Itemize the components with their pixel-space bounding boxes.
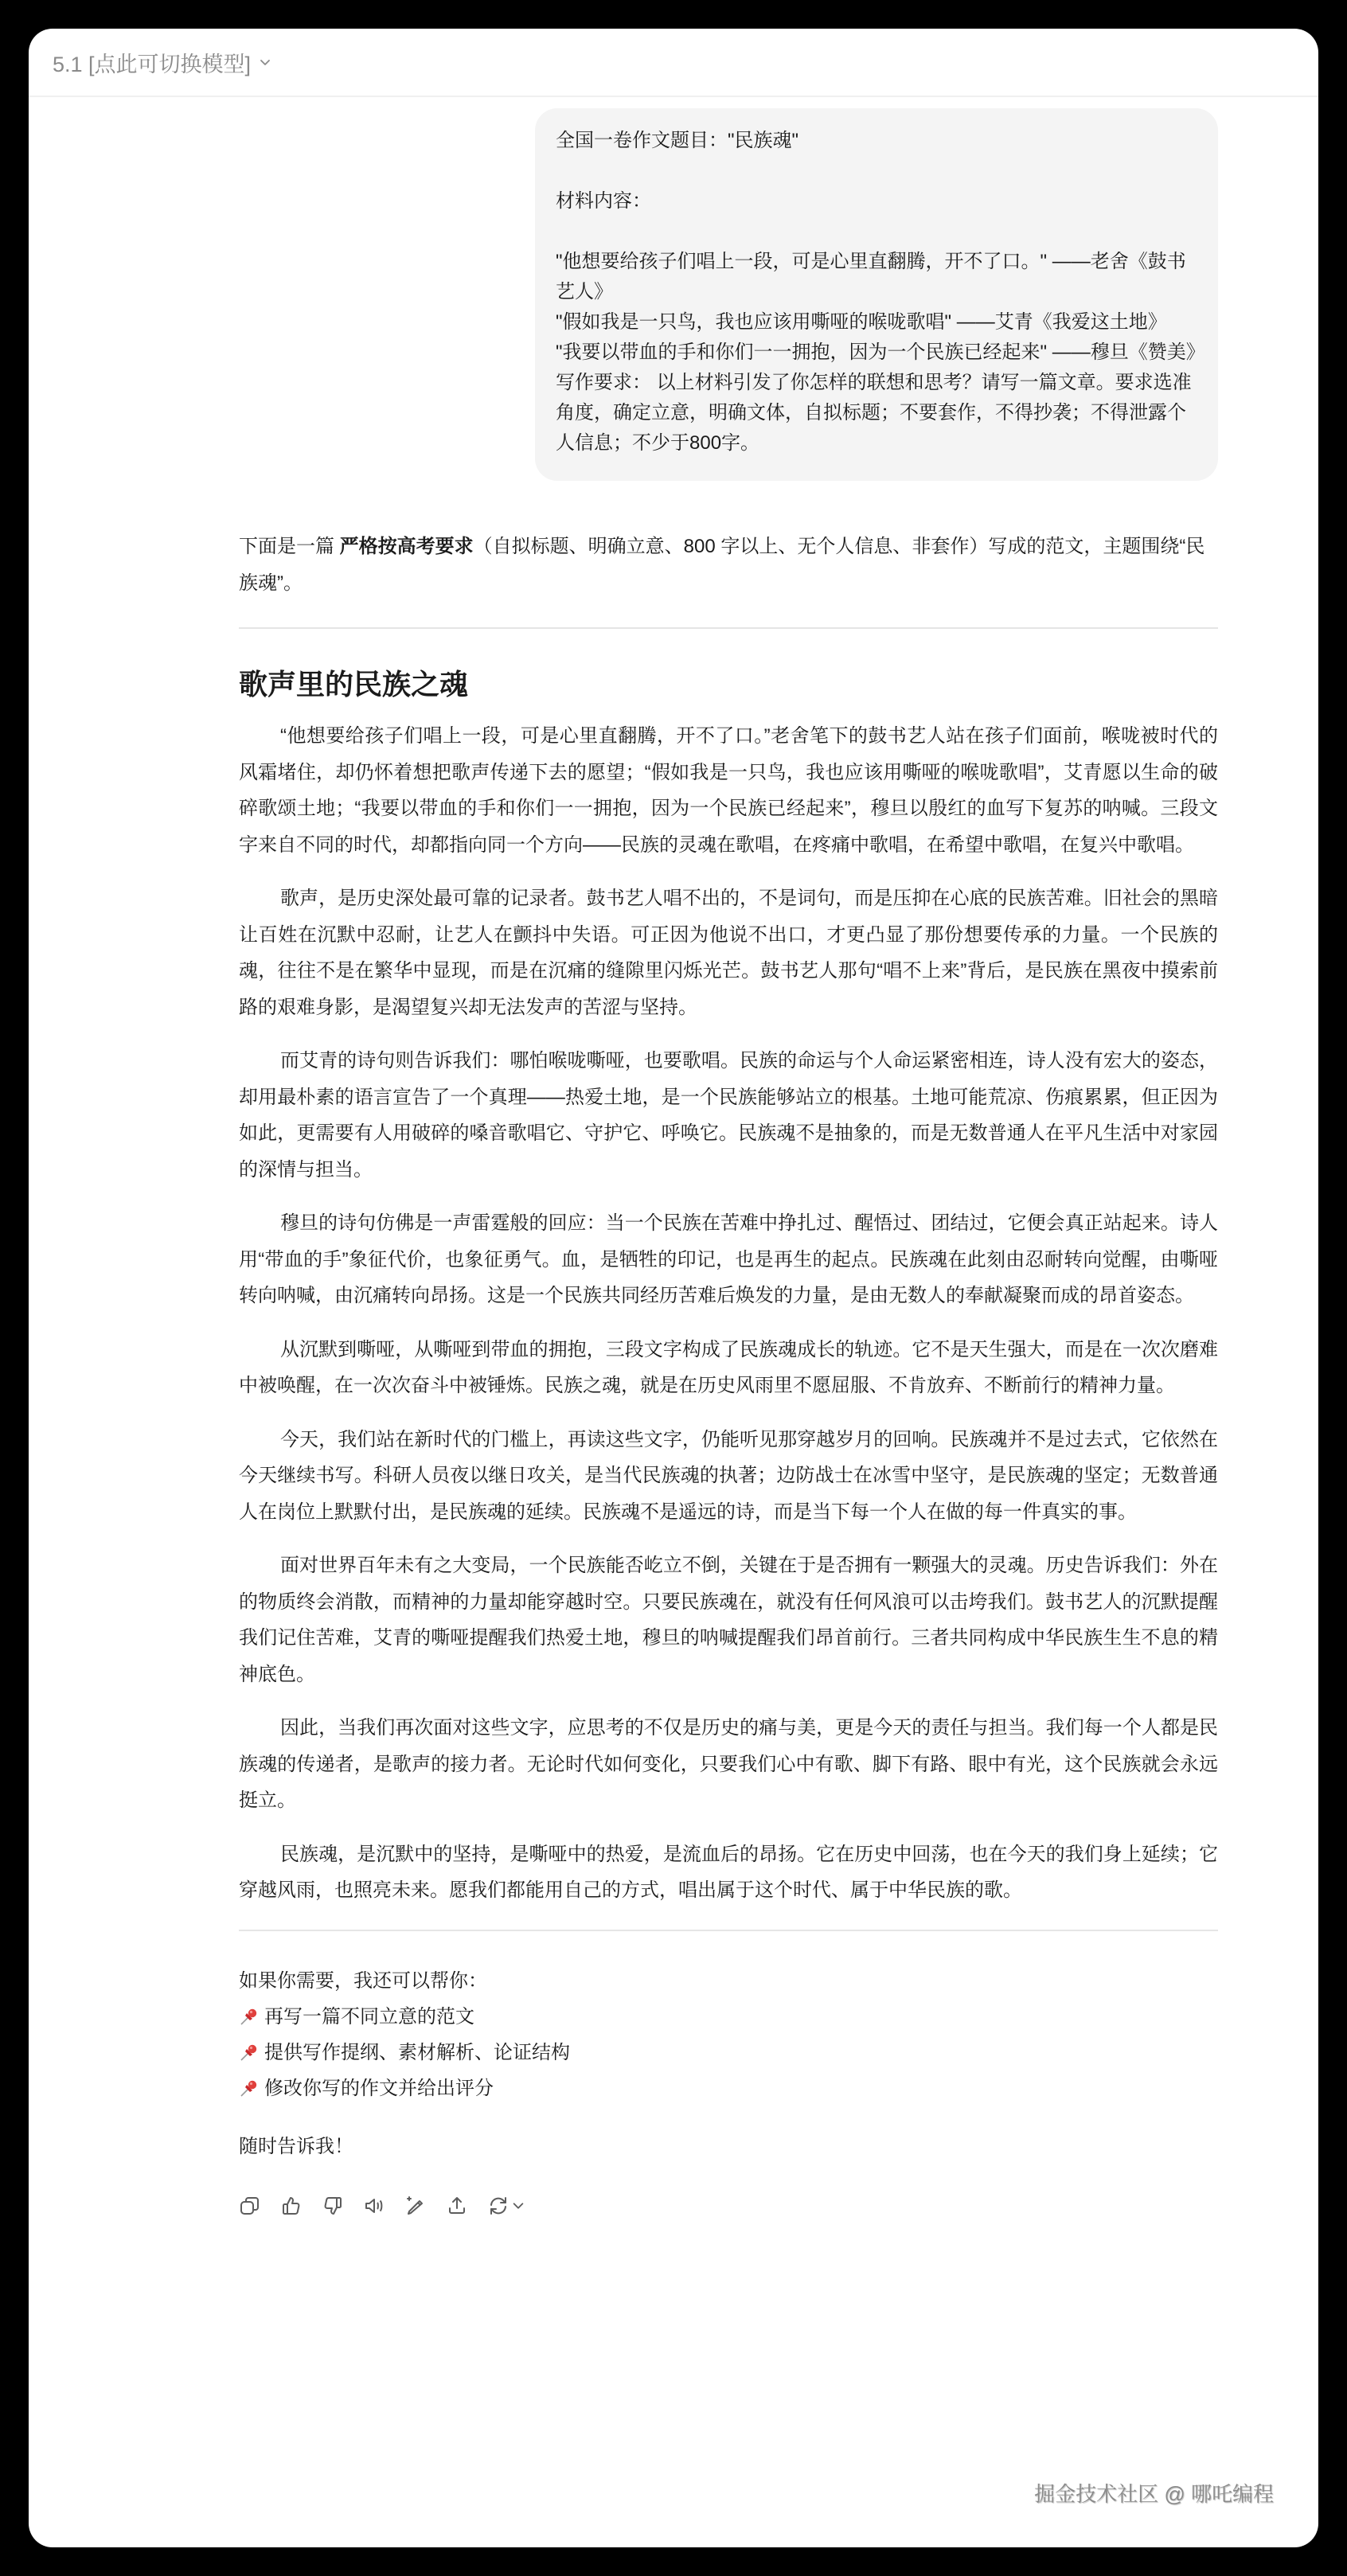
intro-bold: 严格按高考要求: [340, 536, 474, 557]
watermark: 掘金技术社区 @ 哪吒编程: [1034, 2478, 1274, 2508]
pushpin-icon: [239, 2006, 260, 2027]
thumbs-up-button[interactable]: [280, 2195, 303, 2217]
pencil-sparkle-icon: [404, 2195, 427, 2217]
follow-up-label: 提供写作提纲、素材解析、论证结构: [264, 2035, 570, 2071]
chevron-down-icon: [257, 54, 273, 70]
thumbs-down-icon: [322, 2195, 344, 2217]
essay-paragraph: “他想要给孩子们唱上一段，可是心里直翻腾，开不了口。”老舍笔下的鼓书艺人站在孩子…: [239, 718, 1218, 863]
divider: [239, 1930, 1218, 1931]
essay-paragraph: 从沉默到嘶哑，从嘶哑到带血的拥抱，三段文字构成了民族魂成长的轨迹。它不是天生强大…: [239, 1332, 1218, 1404]
chat-header: 5.1 [点此可切换模型]: [29, 29, 1318, 97]
share-icon: [446, 2195, 468, 2217]
follow-up-item: 提供写作提纲、素材解析、论证结构: [239, 2035, 1218, 2071]
copy-button[interactable]: [239, 2195, 261, 2217]
closing-text: 随时告诉我！: [239, 2129, 1218, 2164]
follow-up-item: 修改你写的作文并给出评分: [239, 2071, 1218, 2106]
follow-up-label: 再写一篇不同立意的范文: [264, 1999, 474, 2035]
intro-prefix: 下面是一篇: [239, 536, 340, 557]
user-message-line: 材料内容：: [556, 186, 1197, 217]
pushpin-icon: [239, 2078, 260, 2098]
edit-button[interactable]: [404, 2195, 427, 2217]
refresh-icon: [487, 2195, 510, 2217]
follow-up-item: 再写一篇不同立意的范文: [239, 1999, 1218, 2035]
message-actions: [239, 2195, 1218, 2217]
user-message-line: 写作要求： 以上材料引发了你怎样的联想和思考？请写一篇文章。要求选准角度，确定立…: [556, 368, 1197, 459]
model-switcher[interactable]: 5.1 [点此可切换模型]: [53, 47, 273, 78]
pushpin-icon: [239, 2042, 260, 2063]
regenerate-button[interactable]: [487, 2195, 525, 2217]
model-label: 5.1 [点此可切换模型]: [53, 47, 251, 78]
thumbs-down-button[interactable]: [322, 2195, 344, 2217]
follow-up-offers: 如果你需要，我还可以帮你： 再写一篇不同立意的范文 提供写作提纲、素材解析、论证…: [239, 1963, 1218, 2106]
read-aloud-button[interactable]: [363, 2195, 385, 2217]
chevron-down-icon: [511, 2199, 525, 2213]
user-message-line: "我要以带血的手和你们一一拥抱，因为一个民族已经起来" ——穆旦《赞美》: [556, 338, 1197, 368]
essay-paragraph: 歌声，是历史深处最可靠的记录者。鼓书艺人唱不出的，不是词句，而是压抑在心底的民族…: [239, 880, 1218, 1025]
essay-paragraph: 因此，当我们再次面对这些文字，应思考的不仅是历史的痛与美，更是今天的责任与担当。…: [239, 1710, 1218, 1819]
user-message-line: 全国一卷作文题目："民族魂": [556, 126, 1197, 156]
assistant-intro: 下面是一篇 严格按高考要求（自拟标题、明确立意、800 字以上、无个人信息、非套…: [239, 529, 1218, 602]
chat-window: 5.1 [点此可切换模型] 全国一卷作文题目："民族魂" 材料内容： "他想要给…: [29, 29, 1318, 2547]
blank-line: [556, 217, 1197, 247]
user-message-line: "他想要给孩子们唱上一段，可是心里直翻腾，开不了口。" ——老舍《鼓书艺人》: [556, 247, 1197, 307]
thumbs-up-icon: [280, 2195, 303, 2217]
essay-paragraph: 穆旦的诗句仿佛是一声雷霆般的回应：当一个民族在苦难中挣扎过、醒悟过、团结过，它便…: [239, 1205, 1218, 1314]
conversation: 全国一卷作文题目："民族魂" 材料内容： "他想要给孩子们唱上一段，可是心里直翻…: [239, 97, 1218, 2217]
essay-paragraph: 民族魂，是沉默中的坚持，是嘶哑中的热爱，是流血后的昂扬。它在历史中回荡，也在今天…: [239, 1836, 1218, 1909]
divider: [239, 627, 1218, 629]
essay-paragraph: 今天，我们站在新时代的门槛上，再读这些文字，仍能听见那穿越岁月的回响。民族魂并不…: [239, 1422, 1218, 1531]
copy-icon: [239, 2195, 261, 2217]
essay-paragraph: 而艾青的诗句则告诉我们：哪怕喉咙嘶哑，也要歌唱。民族的命运与个人命运紧密相连，诗…: [239, 1043, 1218, 1188]
follow-up-label: 修改你写的作文并给出评分: [264, 2071, 494, 2106]
user-message-line: "假如我是一只鸟，我也应该用嘶哑的喉咙歌唱" ——艾青《我爱这土地》: [556, 307, 1197, 338]
speaker-icon: [363, 2195, 385, 2217]
user-message-bubble: 全国一卷作文题目："民族魂" 材料内容： "他想要给孩子们唱上一段，可是心里直翻…: [535, 108, 1218, 481]
essay-paragraph: 面对世界百年未有之大变局，一个民族能否屹立不倒，关键在于是否拥有一颗强大的灵魂。…: [239, 1548, 1218, 1692]
blank-line: [556, 156, 1197, 186]
essay-title: 歌声里的民族之魂: [239, 665, 1218, 704]
follow-up-lead: 如果你需要，我还可以帮你：: [239, 1963, 1218, 1999]
share-button[interactable]: [446, 2195, 468, 2217]
